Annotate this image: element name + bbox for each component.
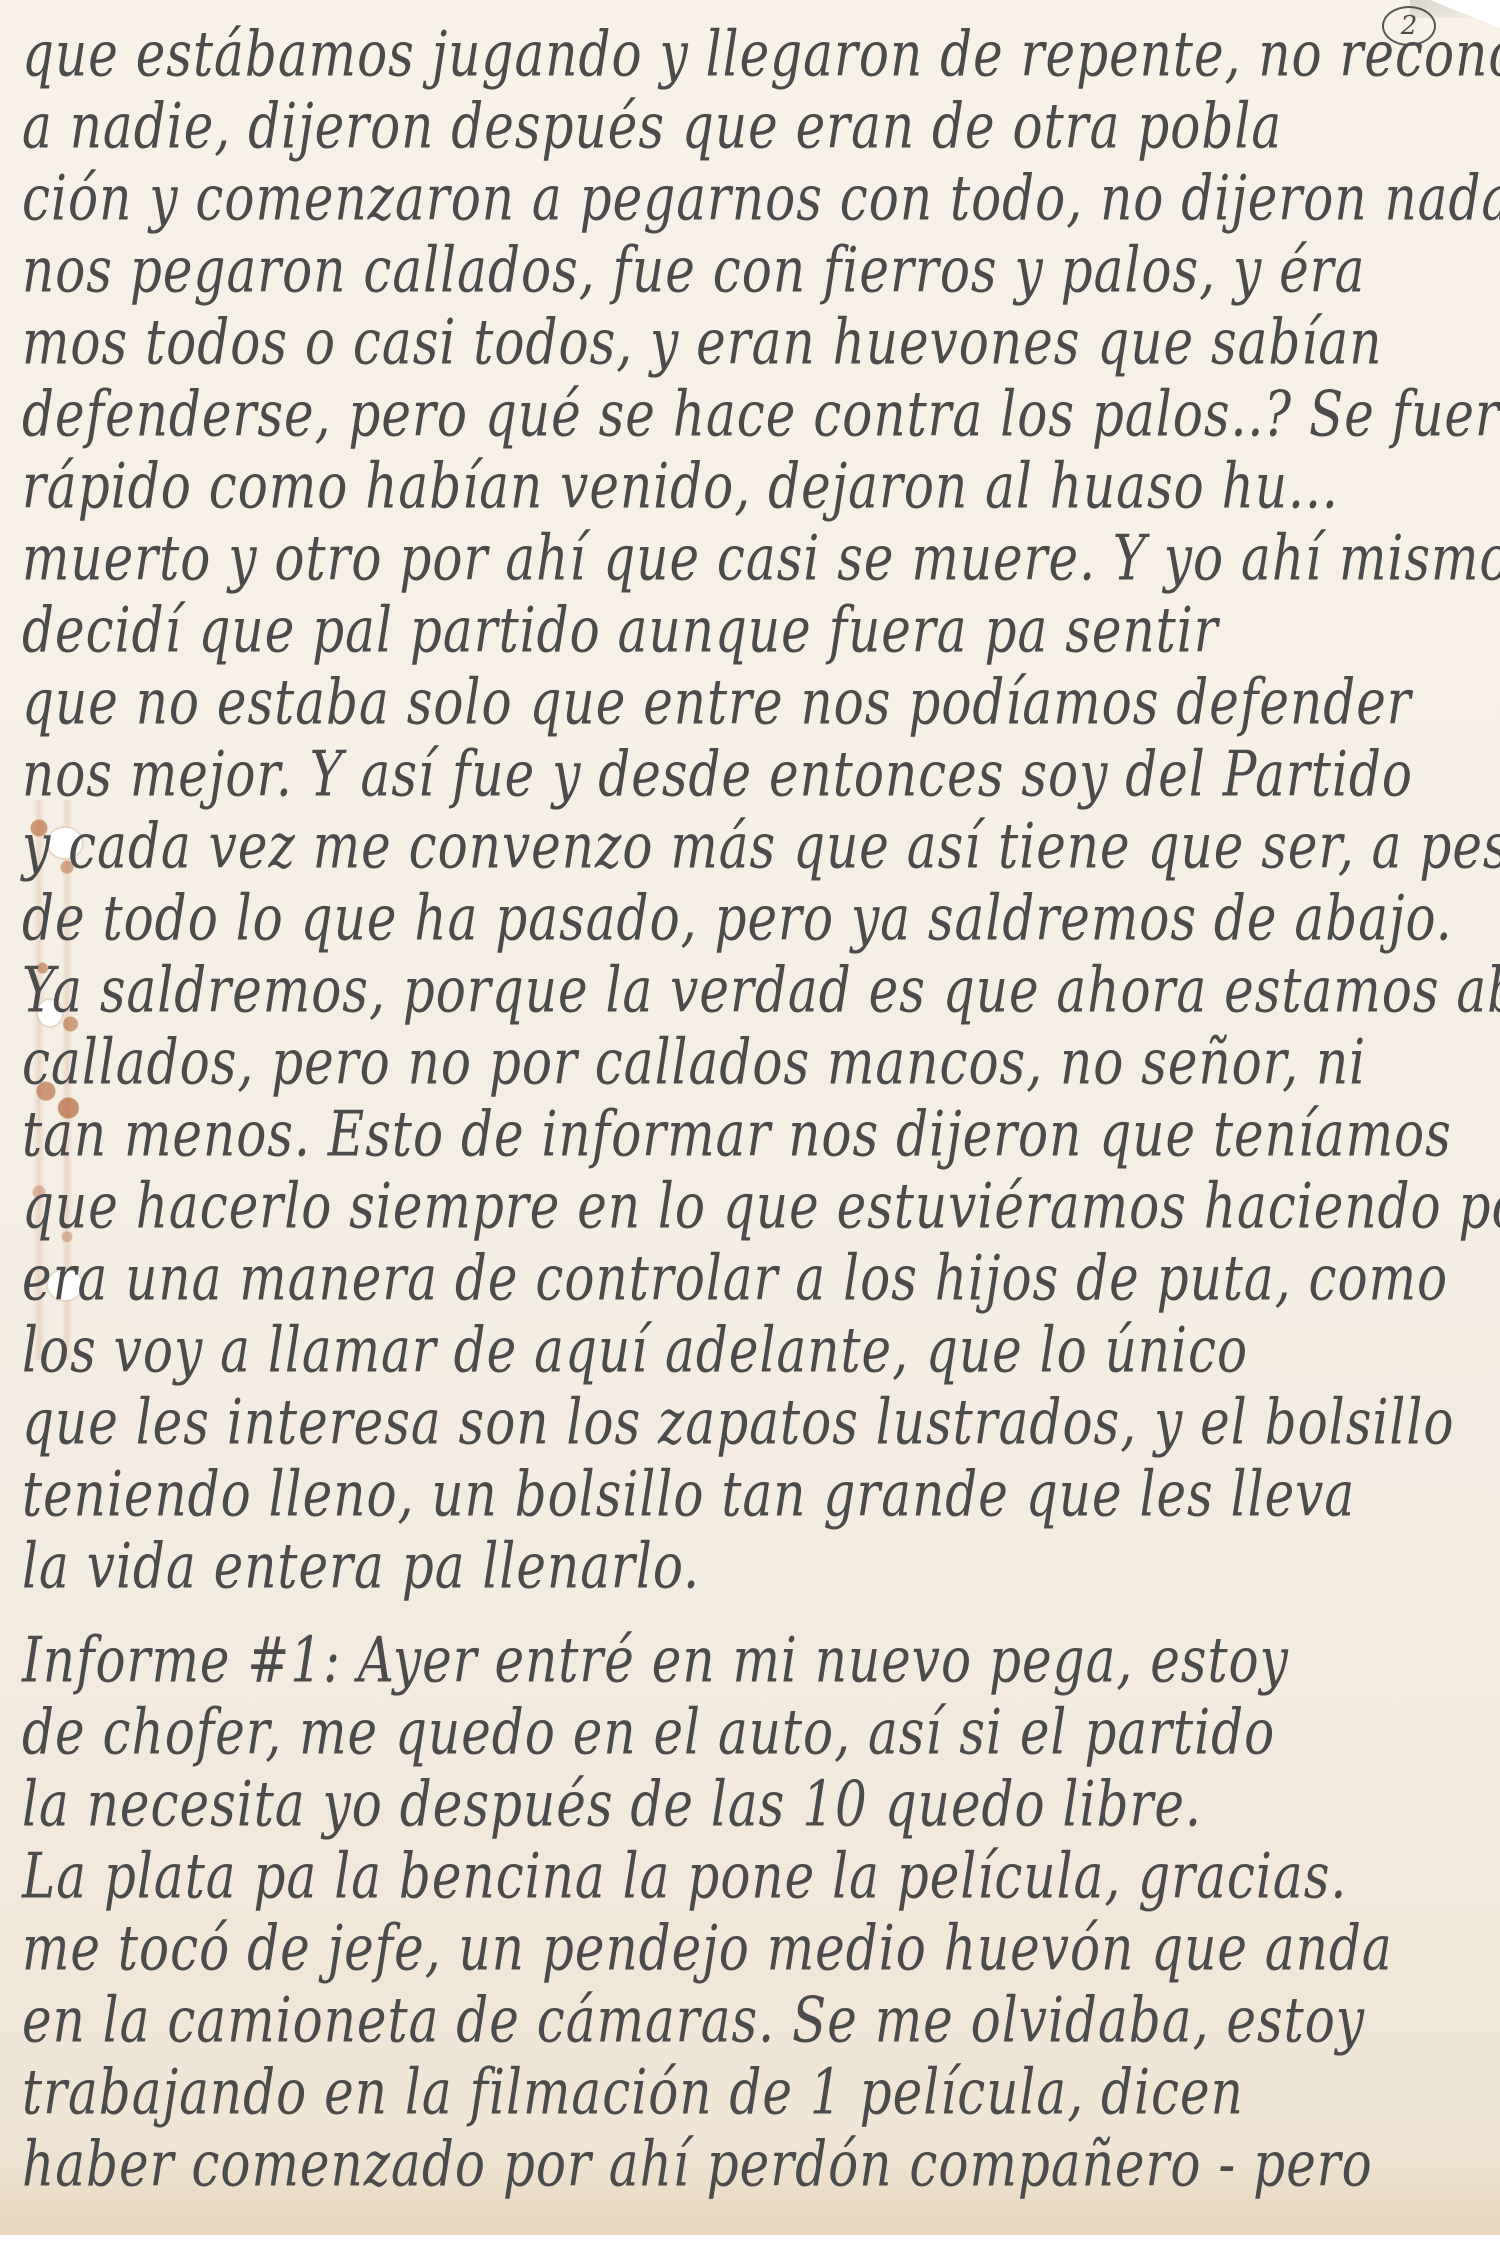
text-line: la vida entera pa llenarlo. — [22, 1521, 1472, 1611]
handwritten-text: que estábamos jugando y llegaron de repe… — [22, 18, 1472, 2200]
page-bottom-margin — [0, 2235, 1500, 2258]
text-line: haber comenzado por ahí perdón compañero… — [22, 2119, 1472, 2209]
